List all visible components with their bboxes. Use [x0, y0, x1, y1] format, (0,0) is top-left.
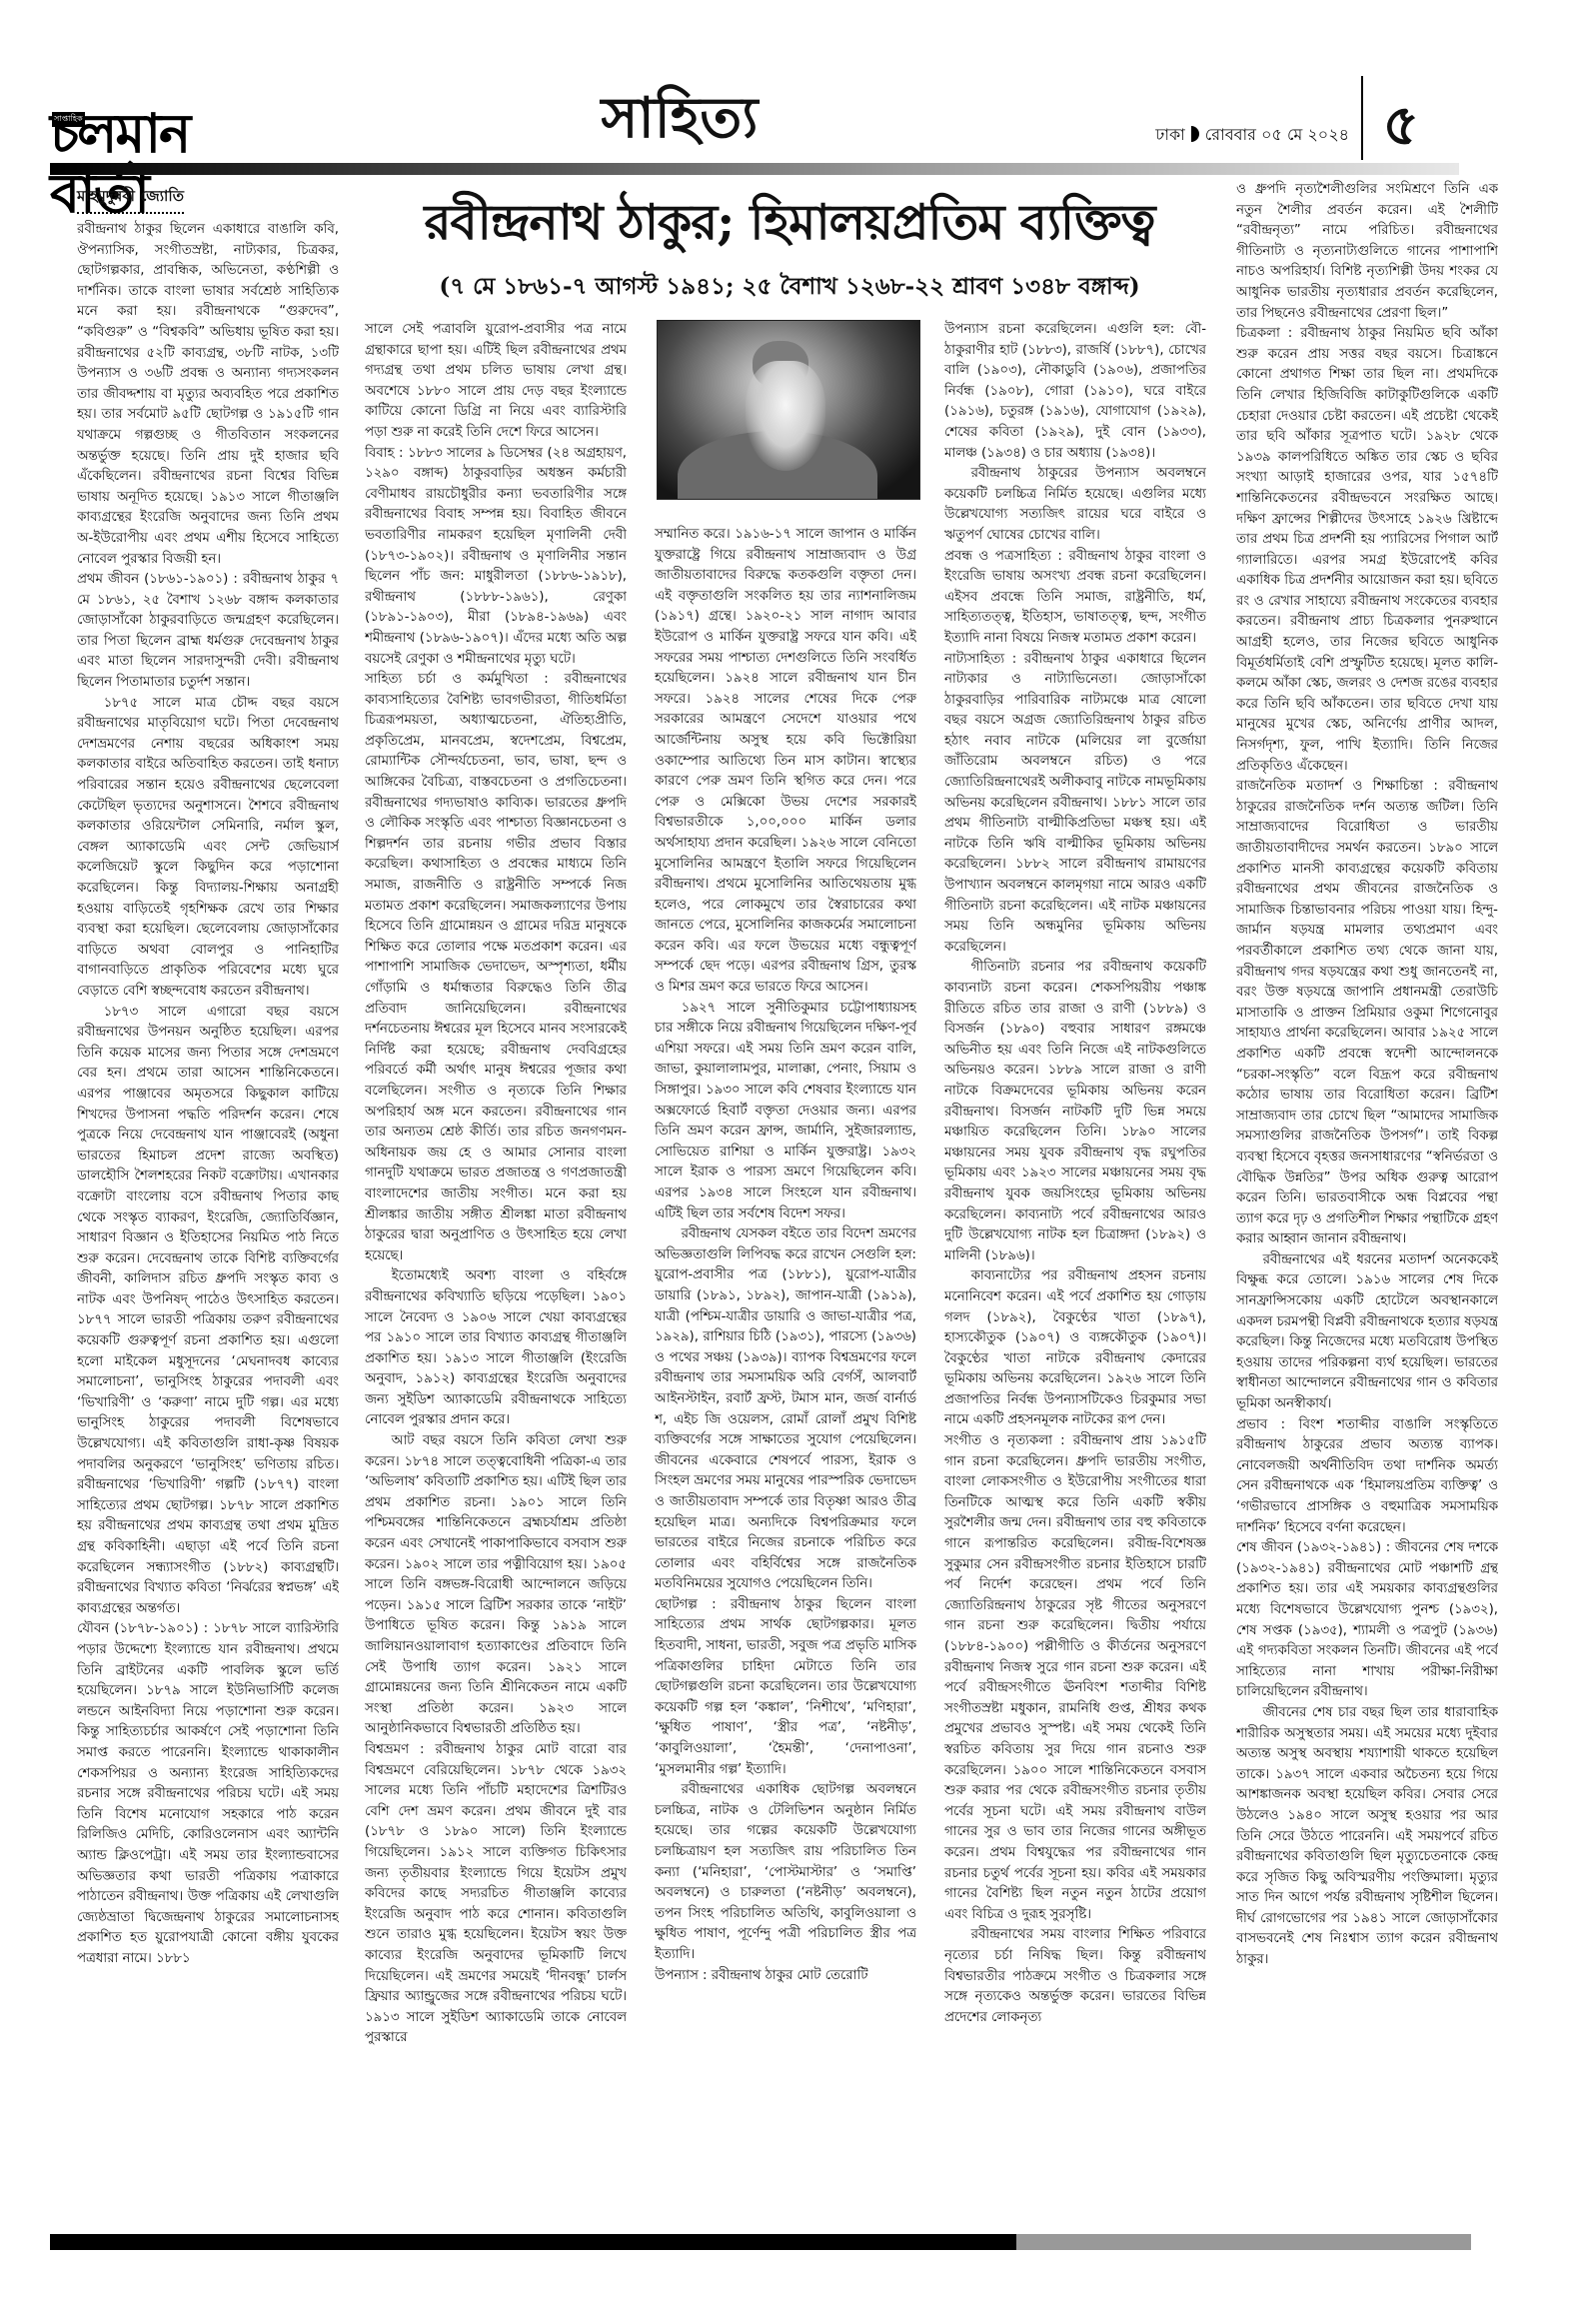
paragraph: রবীন্দ্রনাথের একাধিক ছোটগল্প অবলম্বনে চল… — [655, 1780, 916, 1965]
footer-rule — [50, 2234, 1471, 2250]
section-title: সাহিত্য — [480, 70, 879, 166]
article-subheadline: (৭ মে ১৮৬১-৭ আগস্ট ১৯৪১; ২৫ বৈশাখ ১২৬৮-২… — [360, 268, 1219, 307]
dateline: ঢাকারোববার ০৫ মে ২০২৪ — [1155, 122, 1349, 149]
paragraph: আট বছর বয়সে তিনি কবিতা লেখা শুরু করেন। … — [365, 1431, 627, 1740]
paragraph-world-travel: বিশ্বভ্রমণ : রবীন্দ্রনাথ ঠাকুর মোট বারো … — [365, 1740, 627, 2049]
paragraph: গীতিনাট্য রচনার পর রবীন্দ্রনাথ কয়েকটি ক… — [944, 958, 1206, 1266]
paragraph: ইতোমধ্যেই অবশ্য বাংলা ও বহির্বঙ্গে রবীন্… — [365, 1266, 627, 1431]
paragraph: ও ধ্রুপদি নৃত্যশৈলীগুলির সংমিশ্রণে তিনি … — [1236, 180, 1498, 324]
photo-beard-shape — [746, 361, 825, 471]
newspaper-logo[interactable]: চলমান বার্তা সাপ্তাহিক — [50, 82, 245, 160]
paragraph: উপন্যাস রচনা করেছিলেন। এগুলি হল: বৌ-ঠাকু… — [944, 320, 1206, 464]
article-column-5: ও ধ্রুপদি নৃত্যশৈলীগুলির সংমিশ্রণে তিনি … — [1236, 180, 1498, 2189]
article-column-4: উপন্যাস রচনা করেছিলেন। এগুলি হল: বৌ-ঠাকু… — [944, 320, 1206, 2189]
paragraph-short-stories: ছোটগল্প : রবীন্দ্রনাথ ঠাকুর ছিলেন বাংলা … — [655, 1595, 916, 1780]
paragraph: ১৮৭৩ সালে এগারো বছর বয়সে রবীন্দ্রনাথের … — [77, 1003, 339, 1620]
paragraph: ১৮৭৫ সালে মাত্র চৌদ্দ বছর বয়সে রবীন্দ্র… — [77, 694, 339, 1003]
paragraph-essays-letters: প্রবন্ধ ও পত্রসাহিত্য : রবীন্দ্রনাথ ঠাকু… — [944, 547, 1206, 650]
paragraph: সম্মানিত করে। ১৯১৬-১৭ সালে জাপান ও মার্ক… — [655, 525, 916, 999]
author-byline: মাহমুদুন্নবী জ্যোতি — [77, 185, 184, 214]
paragraph: কাব্যনাট্যের পর রবীন্দ্রনাথ প্রহসন রচনায… — [944, 1266, 1206, 1431]
paragraph-politics-education: রাজনৈতিক মতাদর্শ ও শিক্ষাচিন্তা : রবীন্দ… — [1236, 777, 1498, 1250]
paragraph-marriage: বিবাহ : ১৮৮৩ সালের ৯ ডিসেম্বর (২৪ অগ্রহা… — [365, 444, 627, 671]
paragraph-music-dance: সংগীত ও নৃত্যকলা : রবীন্দ্রনাথ প্রায় ১৯… — [944, 1431, 1206, 1925]
dateline-city: ঢাকা — [1155, 125, 1185, 144]
paragraph: রবীন্দ্রনাথের সময় বাংলার শিক্ষিত পরিবার… — [944, 1925, 1206, 2028]
paragraph-last-life: শেষ জীবন (১৯৩২-১৯৪১) : জীবনের শেষ দশকে (… — [1236, 1538, 1498, 1703]
page-number: ৫ — [1383, 82, 1419, 176]
paragraph-influence: প্রভাব : বিংশ শতাব্দীর বাঙালি সংস্কৃতিতে… — [1236, 1415, 1498, 1539]
paragraph: জীবনের শেষ চার বছর ছিল তার ধারাবাহিক শার… — [1236, 1703, 1498, 1971]
paragraph: রবীন্দ্রনাথ ঠাকুরের উপন্যাস অবলম্বনে কয়… — [944, 464, 1206, 546]
half-circle-separator-icon — [1191, 126, 1199, 142]
masthead-gradient-rule — [50, 163, 1459, 175]
article-column-1: রবীন্দ্রনাথ ঠাকুর ছিলেন একাধারে বাঙালি ক… — [77, 220, 339, 2189]
page-number-divider — [1361, 76, 1363, 160]
paragraph: সালে সেই পত্রাবলি য়ুরোপ-প্রবাসীর পত্র ন… — [365, 320, 627, 444]
article-column-2: সালে সেই পত্রাবলি য়ুরোপ-প্রবাসীর পত্র ন… — [365, 320, 627, 2189]
paragraph-literary-practice: সাহিত্য চর্চা ও কর্মমুখিতা : রবীন্দ্রনাথ… — [365, 670, 627, 1266]
paragraph-early-life: প্রথম জীবন (১৮৬১-১৯০১) : রবীন্দ্রনাথ ঠাক… — [77, 570, 339, 694]
paragraph-drama: নাট্যসাহিত্য : রবীন্দ্রনাথ ঠাকুর একাধারে… — [944, 650, 1206, 959]
article-headline: রবীন্দ্রনাথ ঠাকুর; হিমালয়প্রতিম ব্যক্তি… — [360, 190, 1219, 254]
paragraph-novels: উপন্যাস : রবীন্দ্রনাথ ঠাকুর মোট তেরোটি — [655, 1966, 916, 1987]
paragraph: রবীন্দ্রনাথ ঠাকুর ছিলেন একাধারে বাঙালি ক… — [77, 220, 339, 570]
masthead: চলমান বার্তা সাপ্তাহিক সাহিত্য ঢাকারোববা… — [50, 70, 1469, 170]
paragraph-youth: যৌবন (১৮৭৮-১৯০১) : ১৮৭৮ সালে ব্যারিস্টার… — [77, 1619, 339, 1969]
logo-tagline: সাপ্তাহিক — [52, 112, 85, 127]
dateline-date: রোববার ০৫ মে ২০২৪ — [1205, 125, 1349, 144]
article-column-3: সম্মানিত করে। ১৯১৬-১৭ সালে জাপান ও মার্ক… — [655, 525, 916, 2189]
paragraph: রবীন্দ্রনাথের এই ধরনের মতাদর্শ অনেককেই ব… — [1236, 1250, 1498, 1415]
paragraph-painting: চিত্রকলা : রবীন্দ্রনাথ ঠাকুর নিয়মিত ছবি… — [1236, 324, 1498, 777]
paragraph: ১৯২৭ সালে সুনীতিকুমার চট্টোপাধ্যায়সহ চা… — [655, 999, 916, 1225]
tagore-portrait-photo — [657, 320, 920, 500]
paragraph: রবীন্দ্রনাথ যেসকল বইতে তার বিদেশ ভ্রমণের… — [655, 1224, 916, 1595]
